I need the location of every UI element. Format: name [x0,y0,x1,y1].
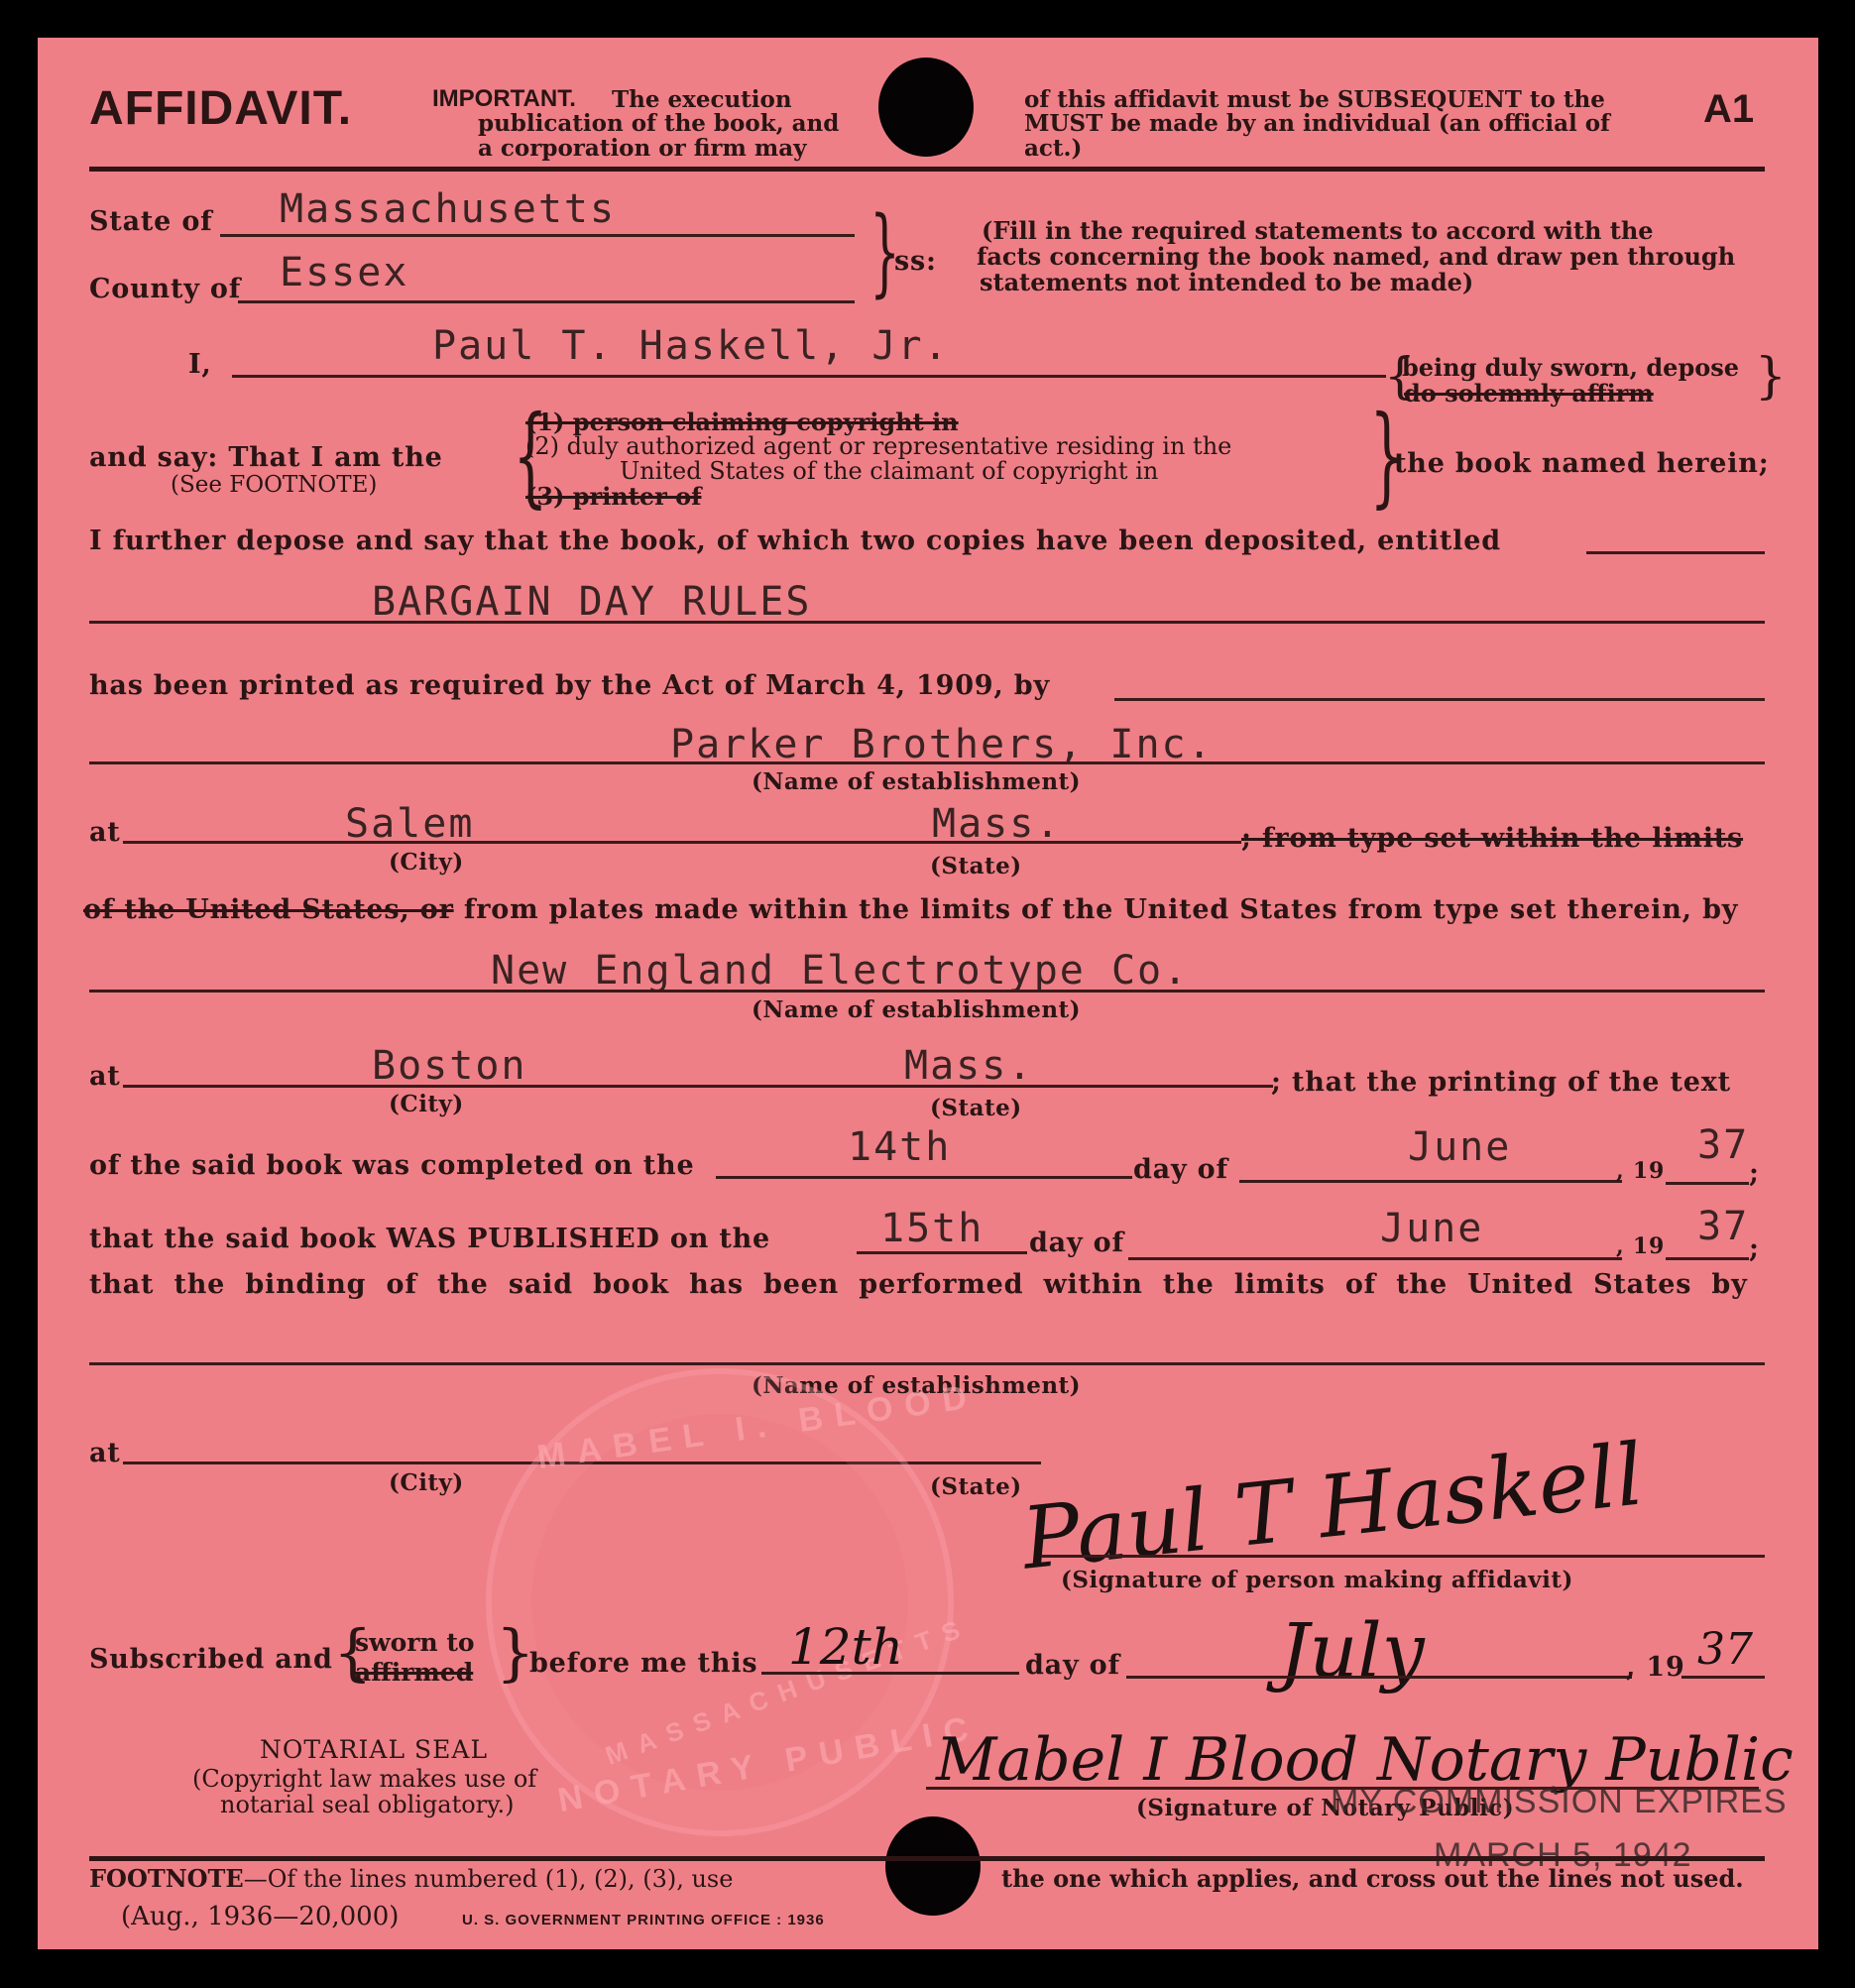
form-code: A1 [1703,87,1754,132]
oath-option-affirm: do solemnly affirm [1404,381,1654,406]
plate-state-caption: (State) [930,1095,1022,1121]
capacity-option-2: (2) duly authorized agent or representat… [525,434,1231,459]
notary-month-line [1126,1676,1632,1679]
important-left-line-3: a corporation or firm may [478,136,807,161]
completed-day: 14th [848,1124,951,1170]
published-year: 37 [1697,1204,1749,1249]
capacity-suffix: the book named herein; [1394,448,1770,479]
book-intro: I further depose and say that the book, … [89,526,1501,556]
header-divider [89,167,1765,172]
printer-city-state-line [123,841,1241,844]
plate-city-caption: (City) [389,1091,464,1117]
notary-day-line [761,1672,1019,1675]
plates-clause: from plates made within the limits of th… [464,894,1738,925]
notary-day-of: day of [1025,1650,1120,1681]
published-day-of: day of [1029,1228,1124,1258]
capacity-label: and say: That I am the [89,442,443,473]
capacity-option-1: (1) person claiming copyright in [525,409,959,434]
affiant-name: Paul T. Haskell, Jr. [432,323,950,369]
footer-divider [89,1856,1765,1861]
binding-state-caption: (State) [930,1473,1022,1500]
important-right-line-1: of this affidavit must be SUBSEQUENT to … [1024,87,1605,112]
punch-hole-top [878,58,974,157]
instruction-line-1: (Fill in the required statements to acco… [982,218,1654,243]
capacity-option-2-cont: United States of the claimant of copyrig… [620,459,1158,484]
type-clause-struck-a: ; from type set within the limits [1241,823,1743,854]
binding-city-caption: (City) [389,1469,464,1496]
plate-city: Boston [372,1043,527,1089]
published-month: June [1380,1206,1483,1251]
notarial-seal-note-2: notarial seal obligatory.) [220,1791,515,1818]
notarial-seal-note-1: (Copyright law makes use of [192,1765,536,1793]
subscribed-label: Subscribed and [89,1644,333,1675]
affiant-signature-caption: (Signature of person making affidavit) [1061,1567,1573,1593]
plates-clause-row: of the United States, or from plates mad… [83,894,1738,925]
binding-name-line [89,1362,1765,1365]
plate-maker-line [89,990,1765,993]
instruction-line-3: statements not intended to be made) [980,270,1473,294]
oath-option-depose: being duly sworn, depose [1402,355,1739,380]
completed-year-line [1666,1182,1749,1185]
notary-year: 37 [1697,1624,1753,1675]
notary-year-prefix: , 19 [1626,1652,1685,1683]
notarial-seal-title: NOTARIAL SEAL [260,1735,488,1764]
important-right-line-3: act.) [1024,136,1082,161]
completed-month: June [1408,1124,1511,1170]
affiant-signature-line [1041,1555,1765,1558]
completed-day-line [716,1176,1132,1179]
instruction-line-2: facts concerning the book named, and dra… [977,244,1735,269]
printer-city-caption: (City) [389,849,464,876]
county-line [238,300,855,303]
affiant-prefix: I, [188,349,212,380]
completed-year: 37 [1697,1122,1749,1168]
plate-state: Mass. [904,1043,1033,1089]
binding-at-label: at [89,1438,121,1468]
footnote-left: —Of the lines numbered (1), (2), (3), us… [244,1865,734,1893]
footnote-ref: (See FOOTNOTE) [171,472,377,498]
oath-brace-right: } [1755,351,1787,401]
sworn-option: sworn to [355,1630,475,1655]
entitled-line [1586,551,1765,554]
notary-year-line [1681,1676,1765,1679]
book-title: BARGAIN DAY RULES [372,579,811,625]
published-day-line [857,1251,1027,1254]
plate-maker-name: New England Electrotype Co. [491,948,1189,994]
footnote-label: FOOTNOTE [89,1864,244,1893]
state-line [220,234,855,237]
completed-year-prefix: , 19 [1616,1158,1665,1184]
commission-stamp-line-1: MY COMMISSION EXPIRES [1331,1783,1788,1821]
before-me-label: before me this [529,1648,757,1679]
notary-day: 12th [788,1618,903,1676]
printer-imprint: U. S. GOVERNMENT PRINTING OFFICE : 1936 [462,1912,825,1929]
printed-by-line [1114,698,1765,701]
capacity-option-3: (3) printer of [525,484,701,509]
footnote-right: the one which applies, and cross out the… [1001,1864,1744,1893]
important-left-line-2: publication of the book, and [478,111,839,136]
important-label: IMPORTANT. [432,85,576,113]
plate-city-state-line [123,1085,1273,1088]
printer-state-caption: (State) [930,853,1022,879]
form-title: AFFIDAVIT. [89,81,352,136]
published-day: 15th [880,1206,984,1251]
county-value: Essex [280,250,408,295]
print-run: (Aug., 1936—20,000) [121,1902,399,1931]
affiant-line [232,375,1386,378]
ss-label: ss: [894,246,937,277]
county-label: County of [89,274,241,304]
plate-at-label: at [89,1061,121,1092]
completed-prefix: of the said book was completed on the [89,1150,694,1181]
printer-line [89,761,1765,764]
printed-clause: has been printed as required by the Act … [89,670,1050,701]
published-year-prefix: , 19 [1616,1233,1665,1259]
published-month-line [1128,1257,1622,1260]
affirmed-option: affirmed [355,1660,473,1685]
published-year-line [1666,1257,1749,1260]
plate-maker-caption: (Name of establishment) [752,996,1081,1023]
printing-clause: ; that the printing of the text [1271,1067,1731,1098]
completed-day-of: day of [1133,1154,1228,1185]
state-label: State of [89,206,213,237]
important-left-line-1: The execution [612,87,792,112]
binding-clause: that the binding of the said book has be… [89,1269,1748,1300]
published-semicolon: ; [1749,1233,1760,1264]
completed-semicolon: ; [1749,1158,1760,1189]
printer-at-label: at [89,817,121,848]
published-prefix: that the said book WAS PUBLISHED on the [89,1224,770,1254]
state-value: Massachusetts [280,186,616,232]
footnote-row-left: FOOTNOTE—Of the lines numbered (1), (2),… [89,1864,733,1893]
notary-month: July [1279,1606,1425,1695]
important-right-line-2: MUST be made by an individual (an offici… [1024,111,1610,136]
completed-month-line [1239,1180,1622,1183]
punch-hole-bottom [885,1816,981,1916]
printer-caption: (Name of establishment) [752,768,1081,795]
book-title-line [89,621,1765,624]
type-clause-struck-b: of the United States, or [83,894,454,925]
